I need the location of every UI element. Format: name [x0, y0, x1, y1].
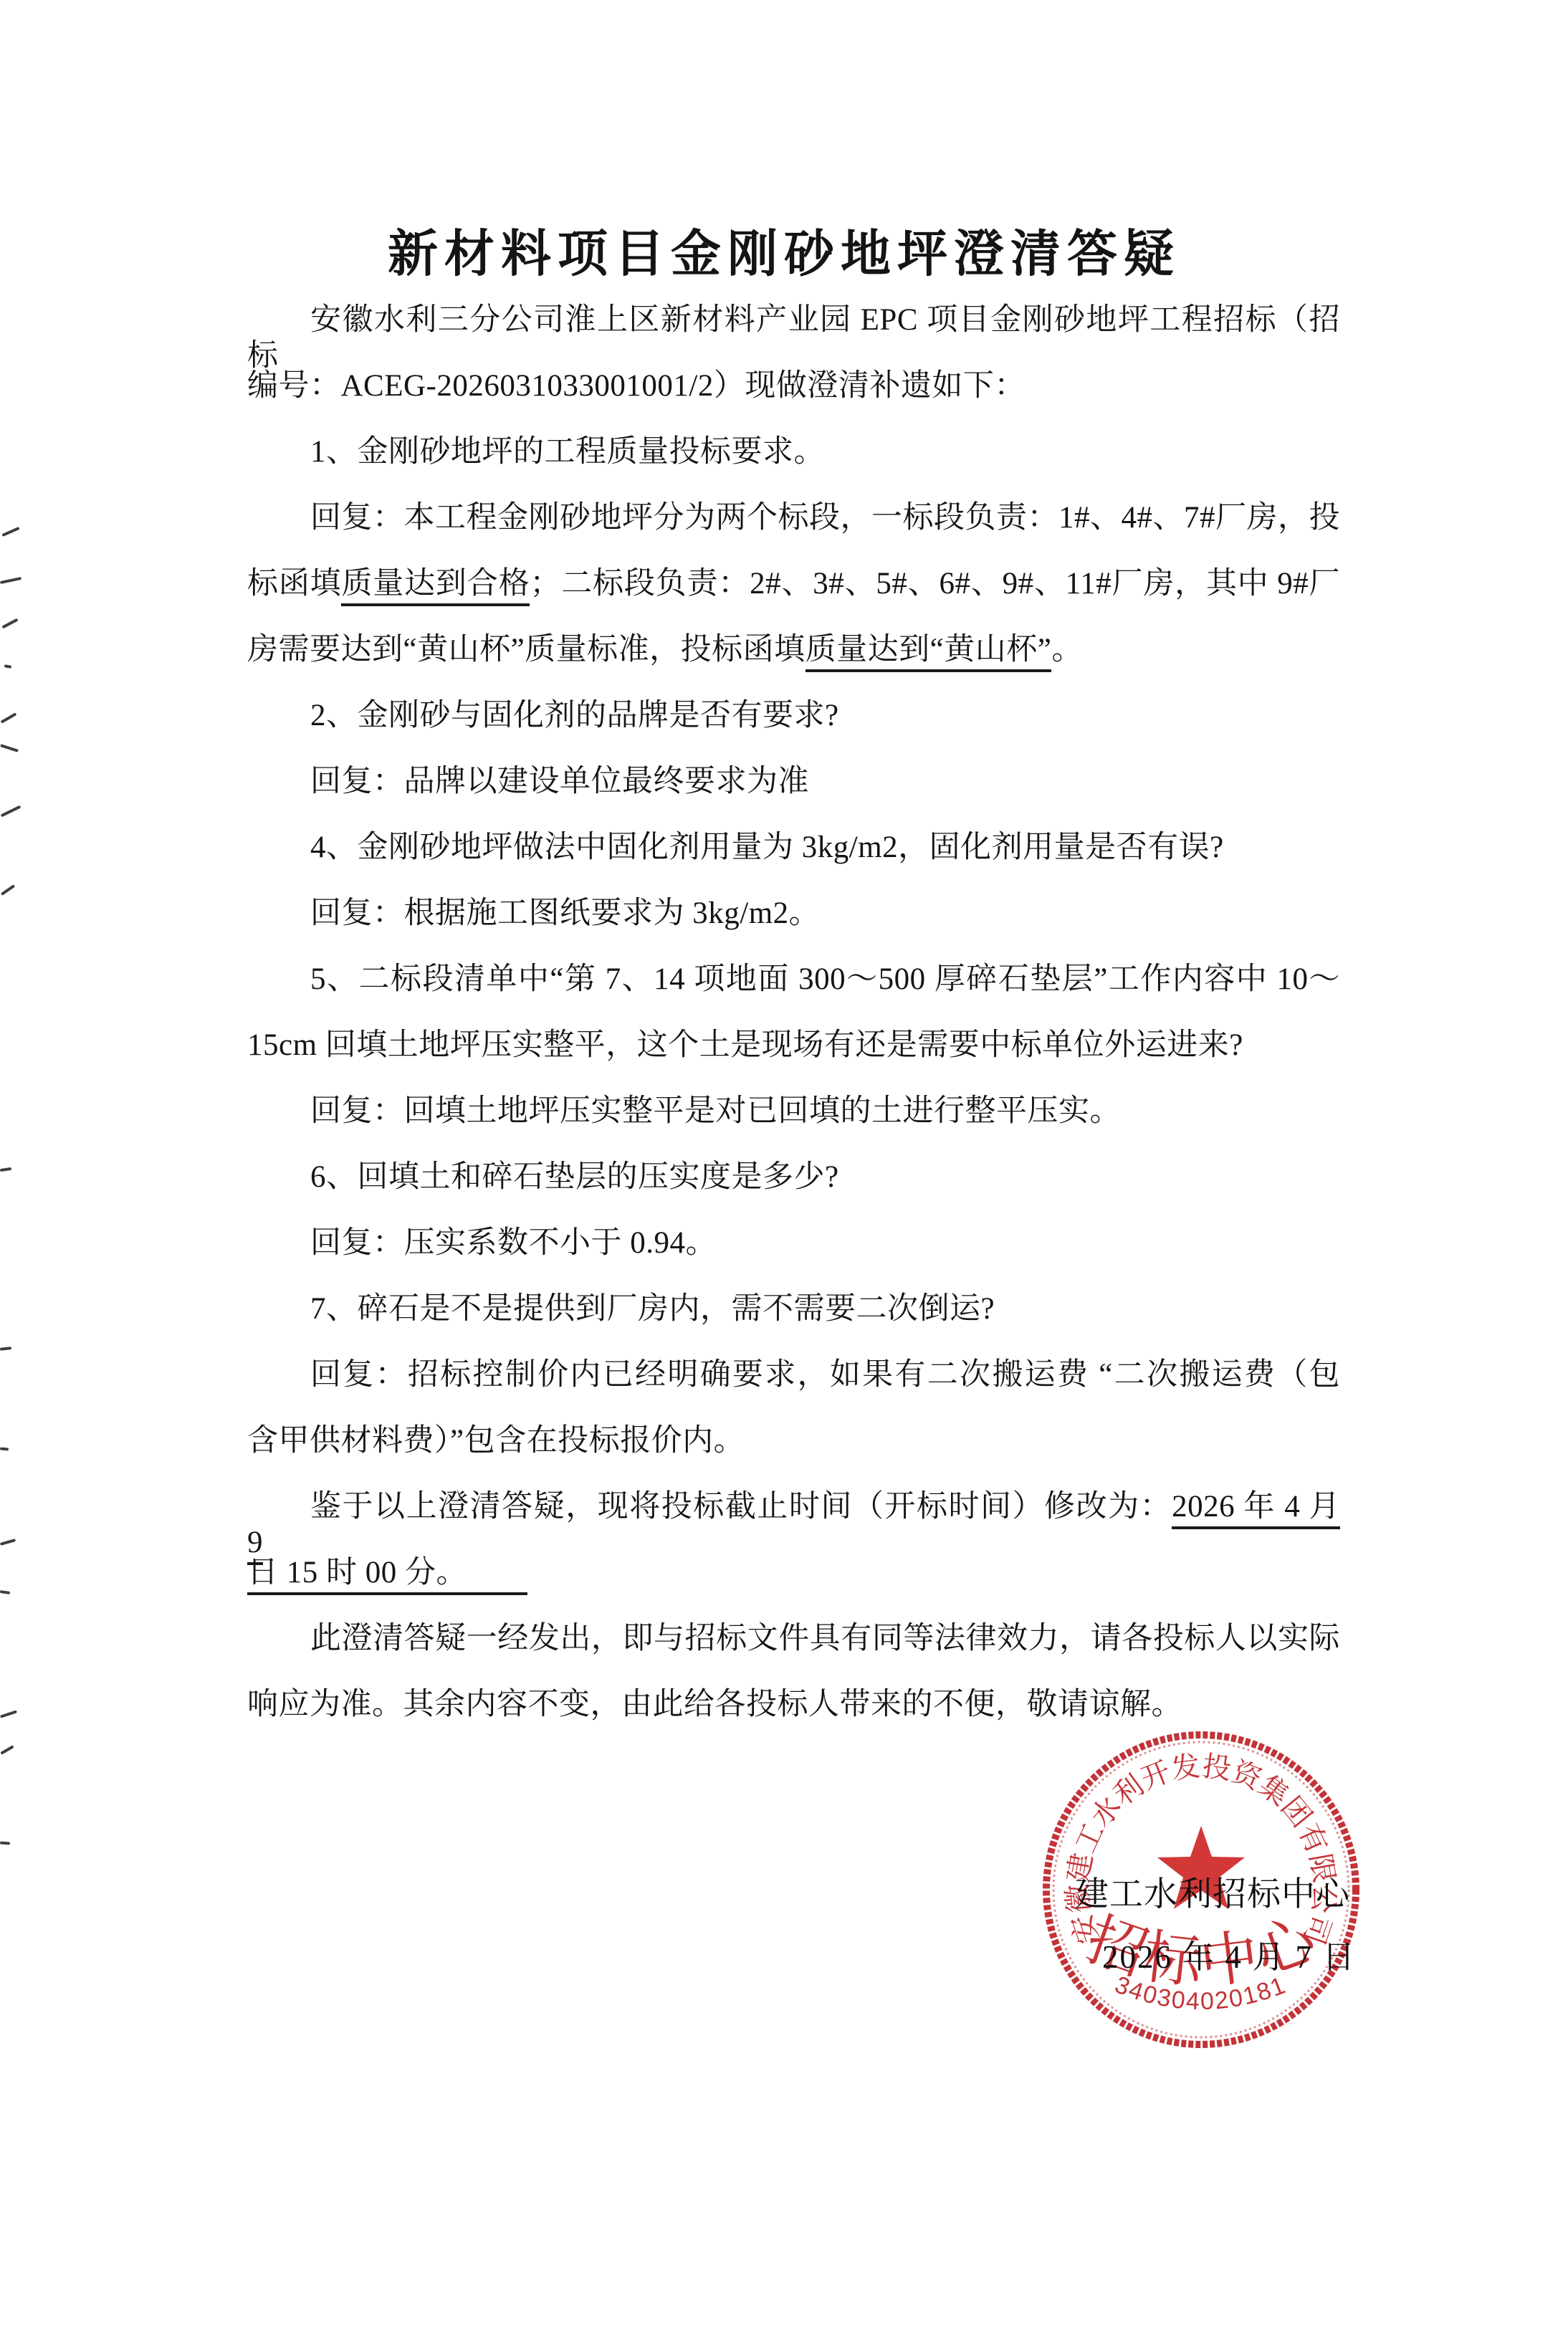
text-line: 7、碎石是不是提供到厂房内，需不需要二次倒运?	[247, 1291, 1340, 1327]
text-segment: 含甲供材料费）”包含在投标报价内。	[247, 1424, 745, 1458]
text-segment: 此澄清答疑一经发出，即与招标文件具有同等法律效力，请各投标人以实际	[310, 1622, 1340, 1655]
text-segment: 回复：压实系数不小于 0.94。	[310, 1226, 717, 1260]
text-segment: 标函填	[247, 567, 341, 601]
text-segment: 1、金刚砂地坪的工程质量投标要求。	[310, 435, 825, 469]
text-line: 含甲供材料费）”包含在投标报价内。	[247, 1423, 1340, 1459]
scanned-document-page: 新材料项目金刚砂地坪澄清答疑 安徽水利三分公司淮上区新材料产业园 EPC 项目金…	[0, 0, 1568, 2339]
text-line: 回复：招标控制价内已经明确要求，如果有二次搬运费 “二次搬运费（包	[247, 1357, 1340, 1393]
text-line: 回复：品牌以建设单位最终要求为准	[247, 764, 1340, 800]
text-segment: 响应为准。其余内容不变，由此给各投标人带来的不便，敬请谅解。	[247, 1688, 1182, 1721]
text-line: 标函填质量达到合格；二标段负责：2#、3#、5#、6#、9#、11#厂房，其中 …	[247, 566, 1340, 602]
text-line: 1、金刚砂地坪的工程质量投标要求。	[247, 434, 1340, 470]
text-segment: ；二标段负责：2#、3#、5#、6#、9#、11#厂房，其中 9#厂	[530, 567, 1340, 601]
text-segment: 回复：本工程金刚砂地坪分为两个标段，一标段负责：1#、4#、7#厂房，投	[310, 501, 1340, 535]
text-segment: 7、碎石是不是提供到厂房内，需不需要二次倒运?	[310, 1292, 995, 1326]
text-line: 15cm 回填土地坪压实整平，这个土是现场有还是需要中标单位外运进来?	[247, 1028, 1340, 1063]
text-segment: 回复：回填土地坪压实整平是对已回填的土进行整平压实。	[310, 1094, 1121, 1128]
text-line: 日 15 时 00 分。	[247, 1555, 1340, 1591]
text-segment: 编号：ACEG-2026031033001001/2）现做澄清补遗如下：	[247, 369, 1026, 403]
underlined-text: 日 15 时 00 分。	[247, 1556, 527, 1595]
text-segment: 安徽水利三分公司淮上区新材料产业园 EPC 项目金刚砂地坪工程招标（招标	[247, 303, 1340, 373]
text-segment: 回复：招标控制价内已经明确要求，如果有二次搬运费 “二次搬运费（包	[310, 1358, 1340, 1392]
text-segment: 2、金刚砂与固化剂的品牌是否有要求?	[310, 699, 839, 732]
text-line: 回复：回填土地坪压实整平是对已回填的土进行整平压实。	[247, 1094, 1340, 1129]
text-segment: 回复：根据施工图纸要求为 3kg/m2。	[310, 896, 820, 930]
text-segment: 回复：品牌以建设单位最终要求为准	[310, 765, 809, 798]
text-line: 6、回填土和碎石垫层的压实度是多少?	[247, 1159, 1340, 1195]
text-line: 回复：压实系数不小于 0.94。	[247, 1225, 1340, 1261]
text-line: 鉴于以上澄清答疑，现将投标截止时间（开标时间）修改为：2026 年 4 月 9	[247, 1489, 1340, 1561]
signature-org: 建工水利招标中心	[1075, 1867, 1350, 1915]
text-line: 安徽水利三分公司淮上区新材料产业园 EPC 项目金刚砂地坪工程招标（招标	[247, 302, 1340, 374]
text-line: 此澄清答疑一经发出，即与招标文件具有同等法律效力，请各投标人以实际	[247, 1621, 1340, 1657]
text-line: 响应为准。其余内容不变，由此给各投标人带来的不便，敬请谅解。	[247, 1687, 1340, 1723]
text-line: 2、金刚砂与固化剂的品牌是否有要求?	[247, 698, 1340, 734]
text-line: 回复：本工程金刚砂地坪分为两个标段，一标段负责：1#、4#、7#厂房，投	[247, 500, 1340, 536]
text-segment: 鉴于以上澄清答疑，现将投标截止时间（开标时间）修改为：	[310, 1490, 1172, 1524]
text-line: 回复：根据施工图纸要求为 3kg/m2。	[247, 896, 1340, 932]
text-segment: 5、二标段清单中“第 7、14 项地面 300～500 厚碎石垫层”工作内容中 …	[310, 962, 1340, 996]
text-segment: 。	[1051, 633, 1083, 666]
text-segment: 6、回填土和碎石垫层的压实度是多少?	[310, 1160, 839, 1194]
text-segment: 15cm 回填土地坪压实整平，这个土是现场有还是需要中标单位外运进来?	[247, 1028, 1243, 1062]
text-line: 房需要达到“黄山杯”质量标准，投标函填质量达到“黄山杯”。	[247, 632, 1340, 668]
text-line: 编号：ACEG-2026031033001001/2）现做澄清补遗如下：	[247, 368, 1340, 404]
text-segment: 房需要达到“黄山杯”质量标准，投标函填	[247, 633, 805, 666]
text-segment: 4、金刚砂地坪做法中固化剂用量为 3kg/m2，固化剂用量是否有误?	[310, 831, 1224, 864]
underlined-text: 质量达到合格	[341, 567, 530, 606]
text-line: 4、金刚砂地坪做法中固化剂用量为 3kg/m2，固化剂用量是否有误?	[247, 830, 1340, 866]
underlined-text: 质量达到“黄山杯”	[805, 633, 1052, 672]
signature-date: 2026 年 4 月 7 日	[1102, 1931, 1356, 1977]
text-line: 5、二标段清单中“第 7、14 项地面 300～500 厚碎石垫层”工作内容中 …	[247, 962, 1340, 998]
